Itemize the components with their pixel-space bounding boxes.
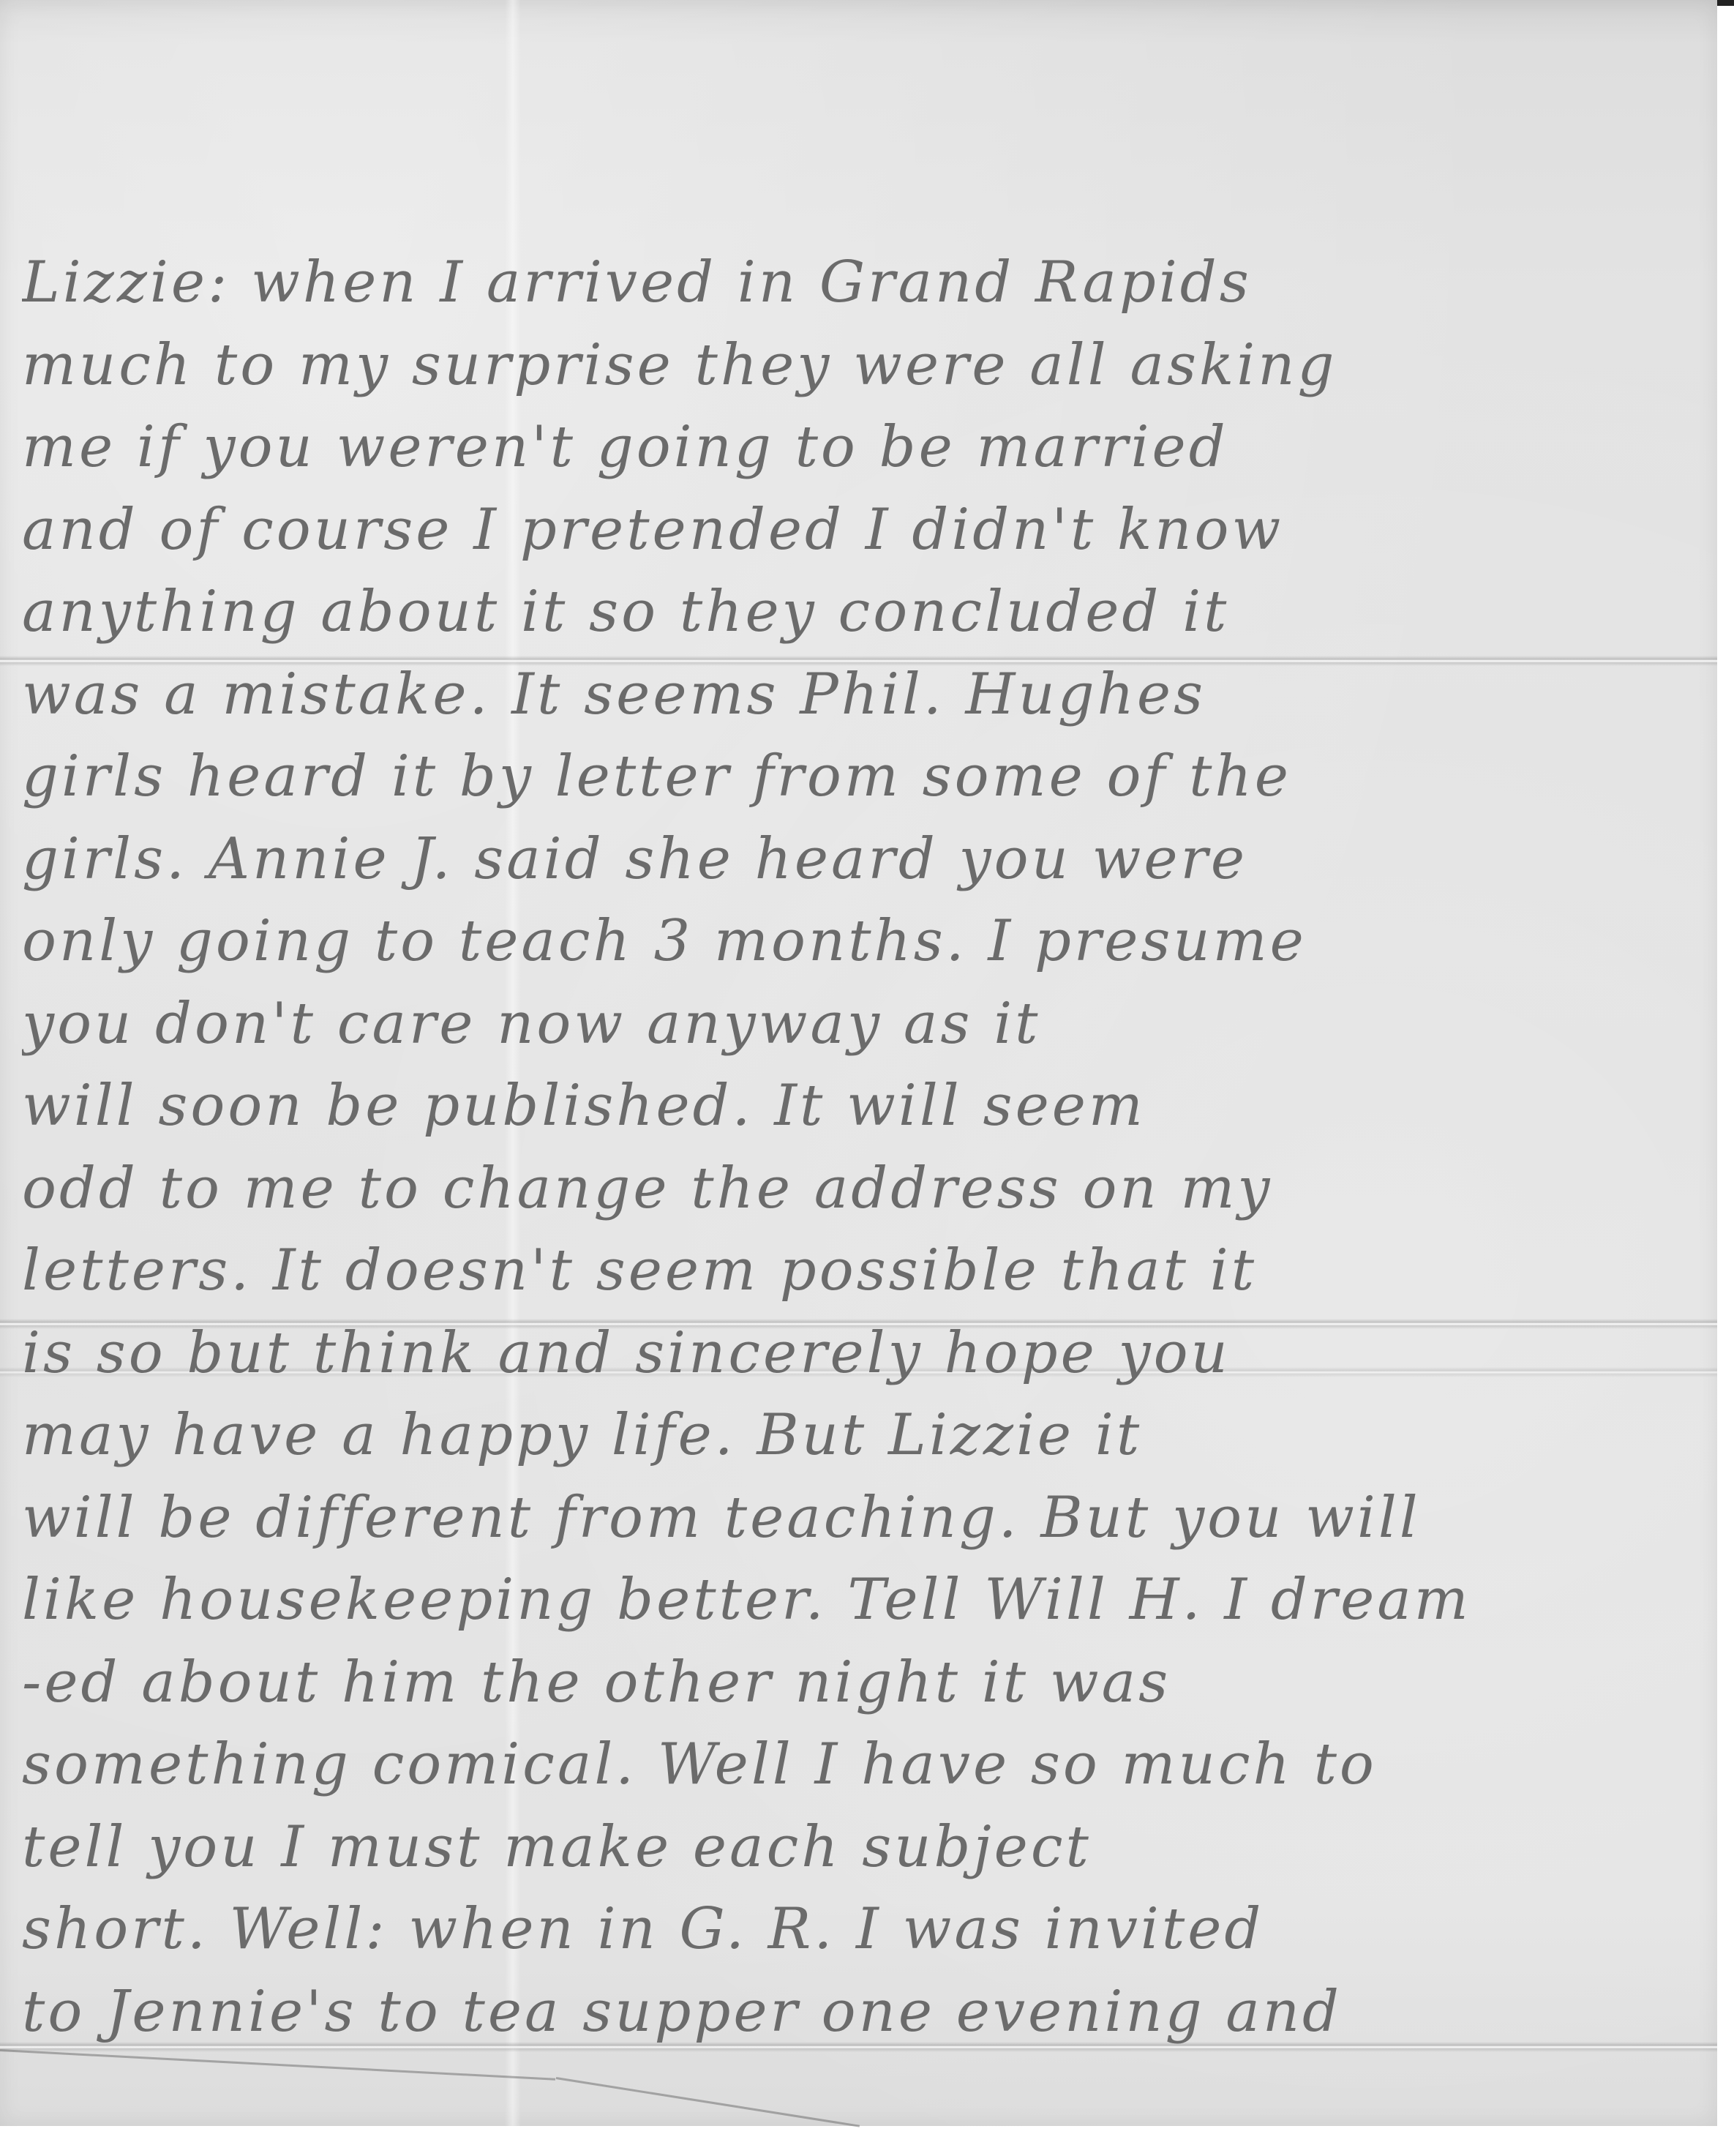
letter-line: me if you weren't going to be married: [22, 406, 1697, 489]
letter-line: will be different from teaching. But you…: [22, 1477, 1697, 1560]
letter-line: will soon be published. It will seem: [22, 1065, 1697, 1148]
letter-line: to Jennie's to tea supper one evening an…: [22, 1971, 1697, 2054]
letter-body: Lizzie: when I arrived in Grand Rapids m…: [22, 242, 1697, 2053]
letter-line: tell you I must make each subject: [22, 1806, 1697, 1889]
letter-line: odd to me to change the address on my: [22, 1148, 1697, 1230]
scan-edge-shadow: [1717, 0, 1734, 6]
letter-line: letters. It doesn't seem possible that i…: [22, 1229, 1697, 1312]
wrinkle-crease: [0, 2049, 555, 2081]
letter-line: is so but think and sincerely hope you: [22, 1312, 1697, 1395]
letter-line: Lizzie: when I arrived in Grand Rapids: [22, 242, 1697, 324]
letter-line: anything about it so they concluded it: [22, 571, 1697, 654]
letter-paper: Lizzie: when I arrived in Grand Rapids m…: [0, 0, 1717, 2126]
letter-line: you don't care now anyway as it: [22, 983, 1697, 1066]
wrinkle-crease: [556, 2077, 860, 2127]
letter-line: may have a happy life. But Lizzie it: [22, 1394, 1697, 1477]
letter-line: like housekeeping better. Tell Will H. I…: [22, 1559, 1697, 1642]
letter-line: girls. Annie J. said she heard you were: [22, 818, 1697, 901]
letter-line: girls heard it by letter from some of th…: [22, 735, 1697, 818]
letter-line: was a mistake. It seems Phil. Hughes: [22, 654, 1697, 736]
letter-line: something comical. Well I have so much t…: [22, 1723, 1697, 1806]
letter-line: -ed about him the other night it was: [22, 1642, 1697, 1724]
letter-line: and of course I pretended I didn't know: [22, 489, 1697, 572]
letter-line: short. Well: when in G. R. I was invited: [22, 1888, 1697, 1971]
letter-line: only going to teach 3 months. I presume: [22, 900, 1697, 983]
letter-line: much to my surprise they were all asking: [22, 324, 1697, 407]
